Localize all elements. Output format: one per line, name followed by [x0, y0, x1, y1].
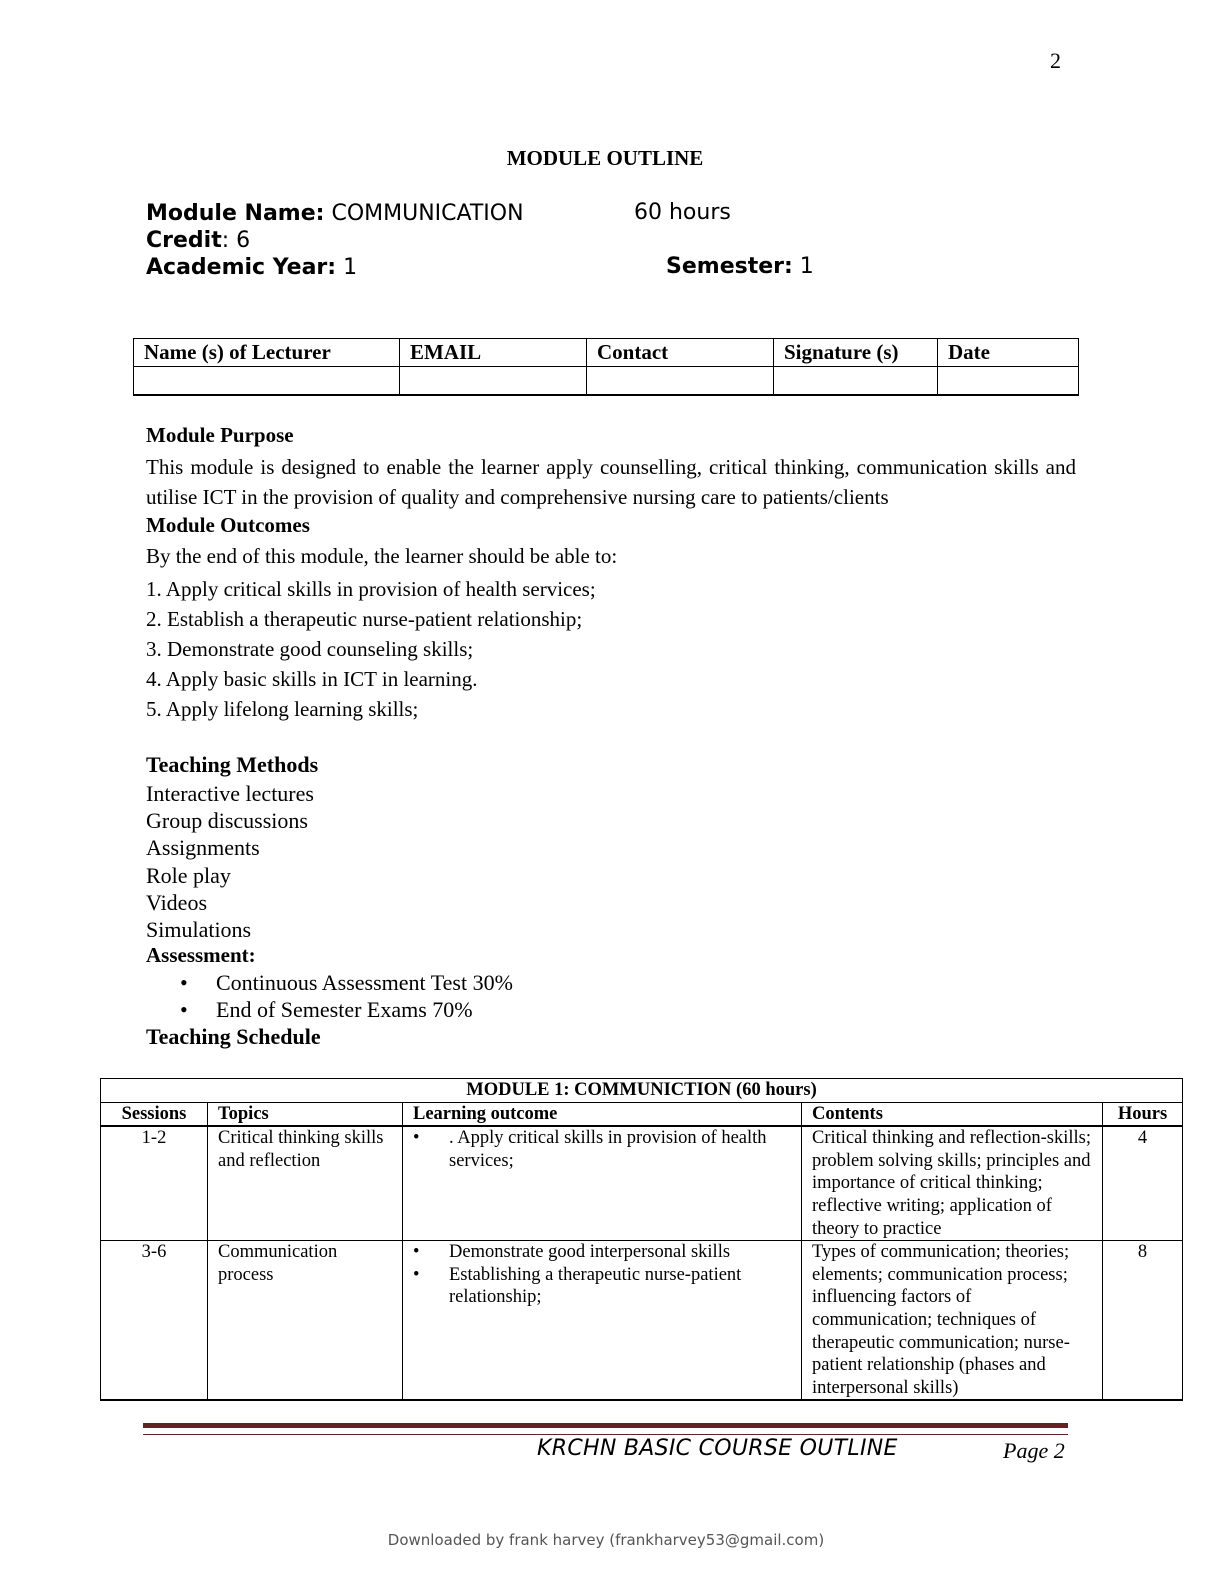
cell-contents: Types of communication; theories; elemen…: [802, 1241, 1103, 1401]
schedule-header-row: Sessions Topics Learning outcome Content…: [101, 1102, 1183, 1126]
footer-divider: [143, 1423, 1068, 1435]
teaching-schedule-heading: Teaching Schedule: [146, 1024, 1076, 1050]
outcomes-heading: Module Outcomes: [146, 513, 1076, 538]
cell-topic: Critical thinking skills and reflection: [208, 1126, 403, 1240]
list-item: •Demonstrate good interpersonal skills: [413, 1241, 791, 1264]
list-item: •. Apply critical skills in provision of…: [413, 1127, 791, 1172]
list-item: 5. Apply lifelong learning skills;: [146, 694, 1076, 724]
list-item: 2. Establish a therapeutic nurse-patient…: [146, 604, 1076, 634]
credit-line: Credit: 6: [146, 227, 250, 254]
footer-page-number: Page 2: [1003, 1438, 1065, 1464]
list-item: 4. Apply basic skills in ICT in learning…: [146, 664, 1076, 694]
list-item: Role play: [146, 862, 1076, 889]
page-number-top: 2: [1050, 48, 1061, 74]
lecturer-table: Name (s) of Lecturer EMAIL Contact Signa…: [133, 338, 1079, 396]
lecturer-table-header: Name (s) of Lecturer EMAIL Contact Signa…: [134, 339, 1079, 367]
cell-signature: [774, 367, 938, 396]
cell-learning-outcome: •. Apply critical skills in provision of…: [403, 1126, 802, 1240]
list-item: Interactive lectures: [146, 780, 1076, 807]
purpose-heading: Module Purpose: [146, 423, 1076, 448]
cell-contact: [587, 367, 774, 396]
download-credit: Downloaded by frank harvey (frankharvey5…: [0, 1531, 1212, 1549]
header-signature: Signature (s): [774, 339, 938, 367]
cell-date: [938, 367, 1079, 396]
cell-learning-outcome: •Demonstrate good interpersonal skills •…: [403, 1241, 802, 1401]
semester-label: Semester:: [666, 254, 793, 279]
academic-year-line: Academic Year: 1: [146, 254, 357, 281]
cell-sessions: 3-6: [101, 1241, 208, 1401]
footer-title: KRCHN BASIC COURSE OUTLINE: [537, 1436, 898, 1461]
table-row: 1-2 Critical thinking skills and reflect…: [101, 1126, 1183, 1240]
cell-topic: Communication process: [208, 1241, 403, 1401]
credit-label: Credit: [146, 228, 222, 253]
schedule-title-row: MODULE 1: COMMUNICTION (60 hours): [101, 1079, 1183, 1103]
bullet-icon: •: [180, 996, 188, 1023]
schedule-table-title: MODULE 1: COMMUNICTION (60 hours): [101, 1079, 1183, 1103]
module-name-line: Module Name: COMMUNICATION: [146, 200, 524, 227]
teaching-methods-heading: Teaching Methods: [146, 752, 1076, 778]
bullet-icon: •: [413, 1264, 419, 1287]
semester-value: 1: [800, 254, 814, 279]
bullet-icon: •: [413, 1241, 419, 1264]
list-item: Simulations: [146, 916, 1076, 943]
header-contents: Contents: [802, 1102, 1103, 1126]
module-name-label: Module Name:: [146, 201, 324, 226]
cell-hours: 4: [1103, 1126, 1183, 1240]
table-row: [134, 367, 1079, 396]
header-date: Date: [938, 339, 1079, 367]
list-item: Videos: [146, 889, 1076, 916]
assessment-heading: Assessment:: [146, 943, 1076, 968]
cell-email: [400, 367, 587, 396]
cell-sessions: 1-2: [101, 1126, 208, 1240]
list-item: 1. Apply critical skills in provision of…: [146, 574, 1076, 604]
list-item: •Establishing a therapeutic nurse-patien…: [413, 1264, 791, 1309]
header-topics: Topics: [208, 1102, 403, 1126]
list-item: Assignments: [146, 834, 1076, 861]
academic-year-value: 1: [343, 255, 357, 280]
header-sessions: Sessions: [101, 1102, 208, 1126]
table-row: 3-6 Communication process •Demonstrate g…: [101, 1241, 1183, 1401]
module-hours: 60 hours: [634, 200, 731, 225]
document-title: MODULE OUTLINE: [0, 146, 1210, 171]
header-learning-outcome: Learning outcome: [403, 1102, 802, 1126]
header-hours: Hours: [1103, 1102, 1183, 1126]
bullet-icon: •: [413, 1127, 419, 1150]
list-item: Group discussions: [146, 807, 1076, 834]
module-name-value: COMMUNICATION: [331, 201, 523, 226]
header-email: EMAIL: [400, 339, 587, 367]
assessment-list: •Continuous Assessment Test 30% •End of …: [180, 969, 1110, 1023]
teaching-schedule-table: MODULE 1: COMMUNICTION (60 hours) Sessio…: [100, 1078, 1183, 1401]
list-item: •End of Semester Exams 70%: [180, 996, 1110, 1023]
outcomes-list: 1. Apply critical skills in provision of…: [146, 574, 1076, 724]
cell-hours: 8: [1103, 1241, 1183, 1401]
semester-line: Semester: 1: [666, 254, 814, 279]
list-item: 3. Demonstrate good counseling skills;: [146, 634, 1076, 664]
outcomes-intro: By the end of this module, the learner s…: [146, 544, 1076, 569]
list-item: •Continuous Assessment Test 30%: [180, 969, 1110, 996]
bullet-icon: •: [180, 969, 188, 996]
academic-year-label: Academic Year:: [146, 255, 336, 280]
credit-value: : 6: [222, 228, 250, 253]
teaching-methods-list: Interactive lectures Group discussions A…: [146, 780, 1076, 943]
purpose-text: This module is designed to enable the le…: [146, 452, 1076, 512]
header-contact: Contact: [587, 339, 774, 367]
cell-lecturer-name: [134, 367, 400, 396]
cell-contents: Critical thinking and reflection-skills;…: [802, 1126, 1103, 1240]
header-lecturer-name: Name (s) of Lecturer: [134, 339, 400, 367]
